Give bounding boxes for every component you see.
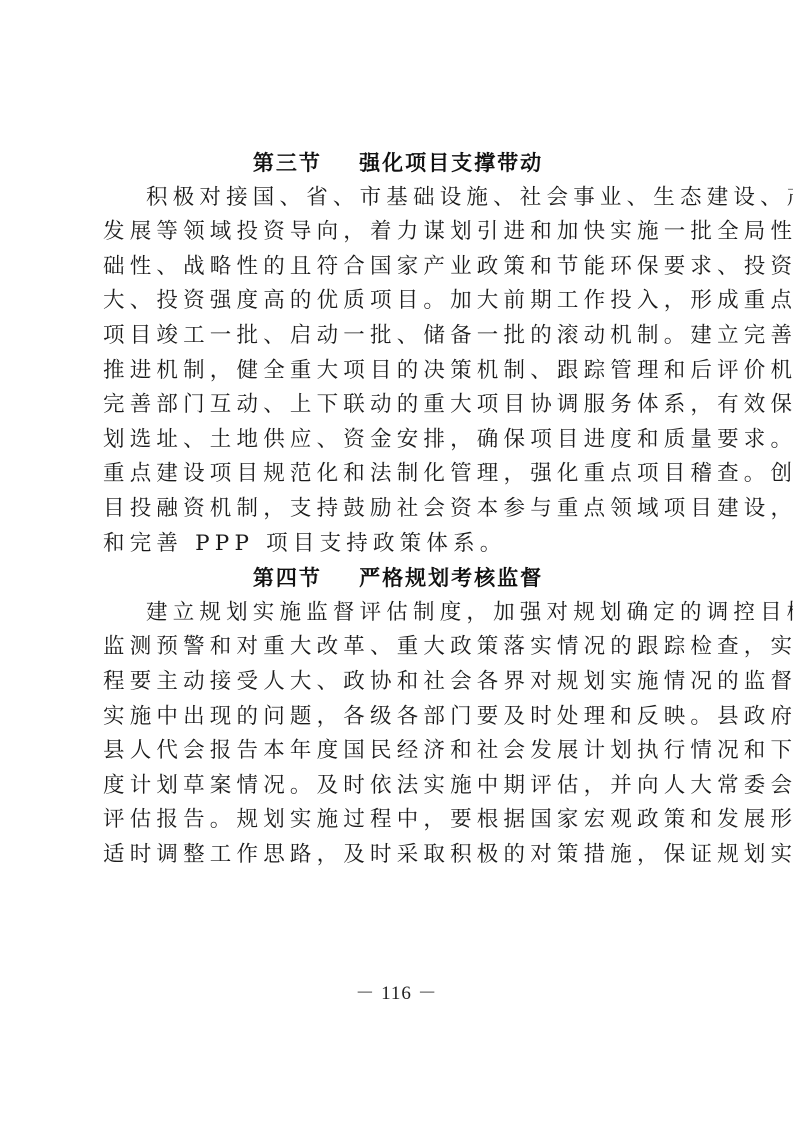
section-3-paragraph: 积极对接国、省、市基础设施、社会事业、生态建设、产业 发展等领域投资导向，着力谋…: [103, 181, 693, 562]
paragraph-line: 建立规划实施监督评估制度，加强对规划确定的调控目标的: [103, 596, 693, 631]
paragraph-line: 项目竣工一批、启动一批、储备一批的滚动机制。建立完善项目: [103, 319, 693, 354]
paragraph-line: 实施中出现的问题，各级各部门要及时处理和反映。县政府应向: [103, 700, 693, 735]
paragraph-line: 础性、战略性的且符合国家产业政策和节能环保要求、投资规模: [103, 250, 693, 285]
paragraph-line: 发展等领域投资导向，着力谋划引进和加快实施一批全局性、基: [103, 215, 693, 250]
paragraph-line: 程要主动接受人大、政协和社会各界对规划实施情况的监督，对: [103, 665, 693, 700]
paragraph-line: 和完善 PPP 项目支持政策体系。: [103, 527, 693, 562]
paragraph-line: 度计划草案情况。及时依法实施中期评估，并向人大常委会提交: [103, 769, 693, 804]
paragraph-line: 监测预警和对重大改革、重大政策落实情况的跟踪检查，实施过: [103, 630, 693, 665]
paragraph-line: 完善部门互动、上下联动的重大项目协调服务体系，有效保障规: [103, 388, 693, 423]
section-heading-3: 第三节 强化项目支撑带动: [103, 146, 693, 181]
paragraph-line: 推进机制，健全重大项目的决策机制、跟踪管理和后评价机制，: [103, 354, 693, 389]
page-number: － 116 －: [0, 978, 793, 1005]
section-heading-4: 第四节 严格规划考核监督: [103, 561, 693, 596]
paragraph-line: 县人代会报告本年度国民经济和社会发展计划执行情况和下年: [103, 734, 693, 769]
paragraph-line: 积极对接国、省、市基础设施、社会事业、生态建设、产业: [103, 181, 693, 216]
paragraph-line: 重点建设项目规范化和法制化管理，强化重点项目稽查。创新项: [103, 457, 693, 492]
paragraph-line: 划选址、土地供应、资金安排，确保项目进度和质量要求。推进: [103, 423, 693, 458]
section-4-paragraph: 建立规划实施监督评估制度，加强对规划确定的调控目标的 监测预警和对重大改革、重大…: [103, 596, 693, 873]
paragraph-line: 目投融资机制，支持鼓励社会资本参与重点领域项目建设，建立: [103, 492, 693, 527]
paragraph-line: 大、投资强度高的优质项目。加大前期工作投入，形成重点建设: [103, 284, 693, 319]
document-page: 第三节 强化项目支撑带动 积极对接国、省、市基础设施、社会事业、生态建设、产业 …: [103, 146, 693, 872]
paragraph-line: 适时调整工作思路，及时采取积极的对策措施，保证规划实施效: [103, 838, 693, 873]
paragraph-line: 评估报告。规划实施过程中，要根据国家宏观政策和发展形势，: [103, 803, 693, 838]
